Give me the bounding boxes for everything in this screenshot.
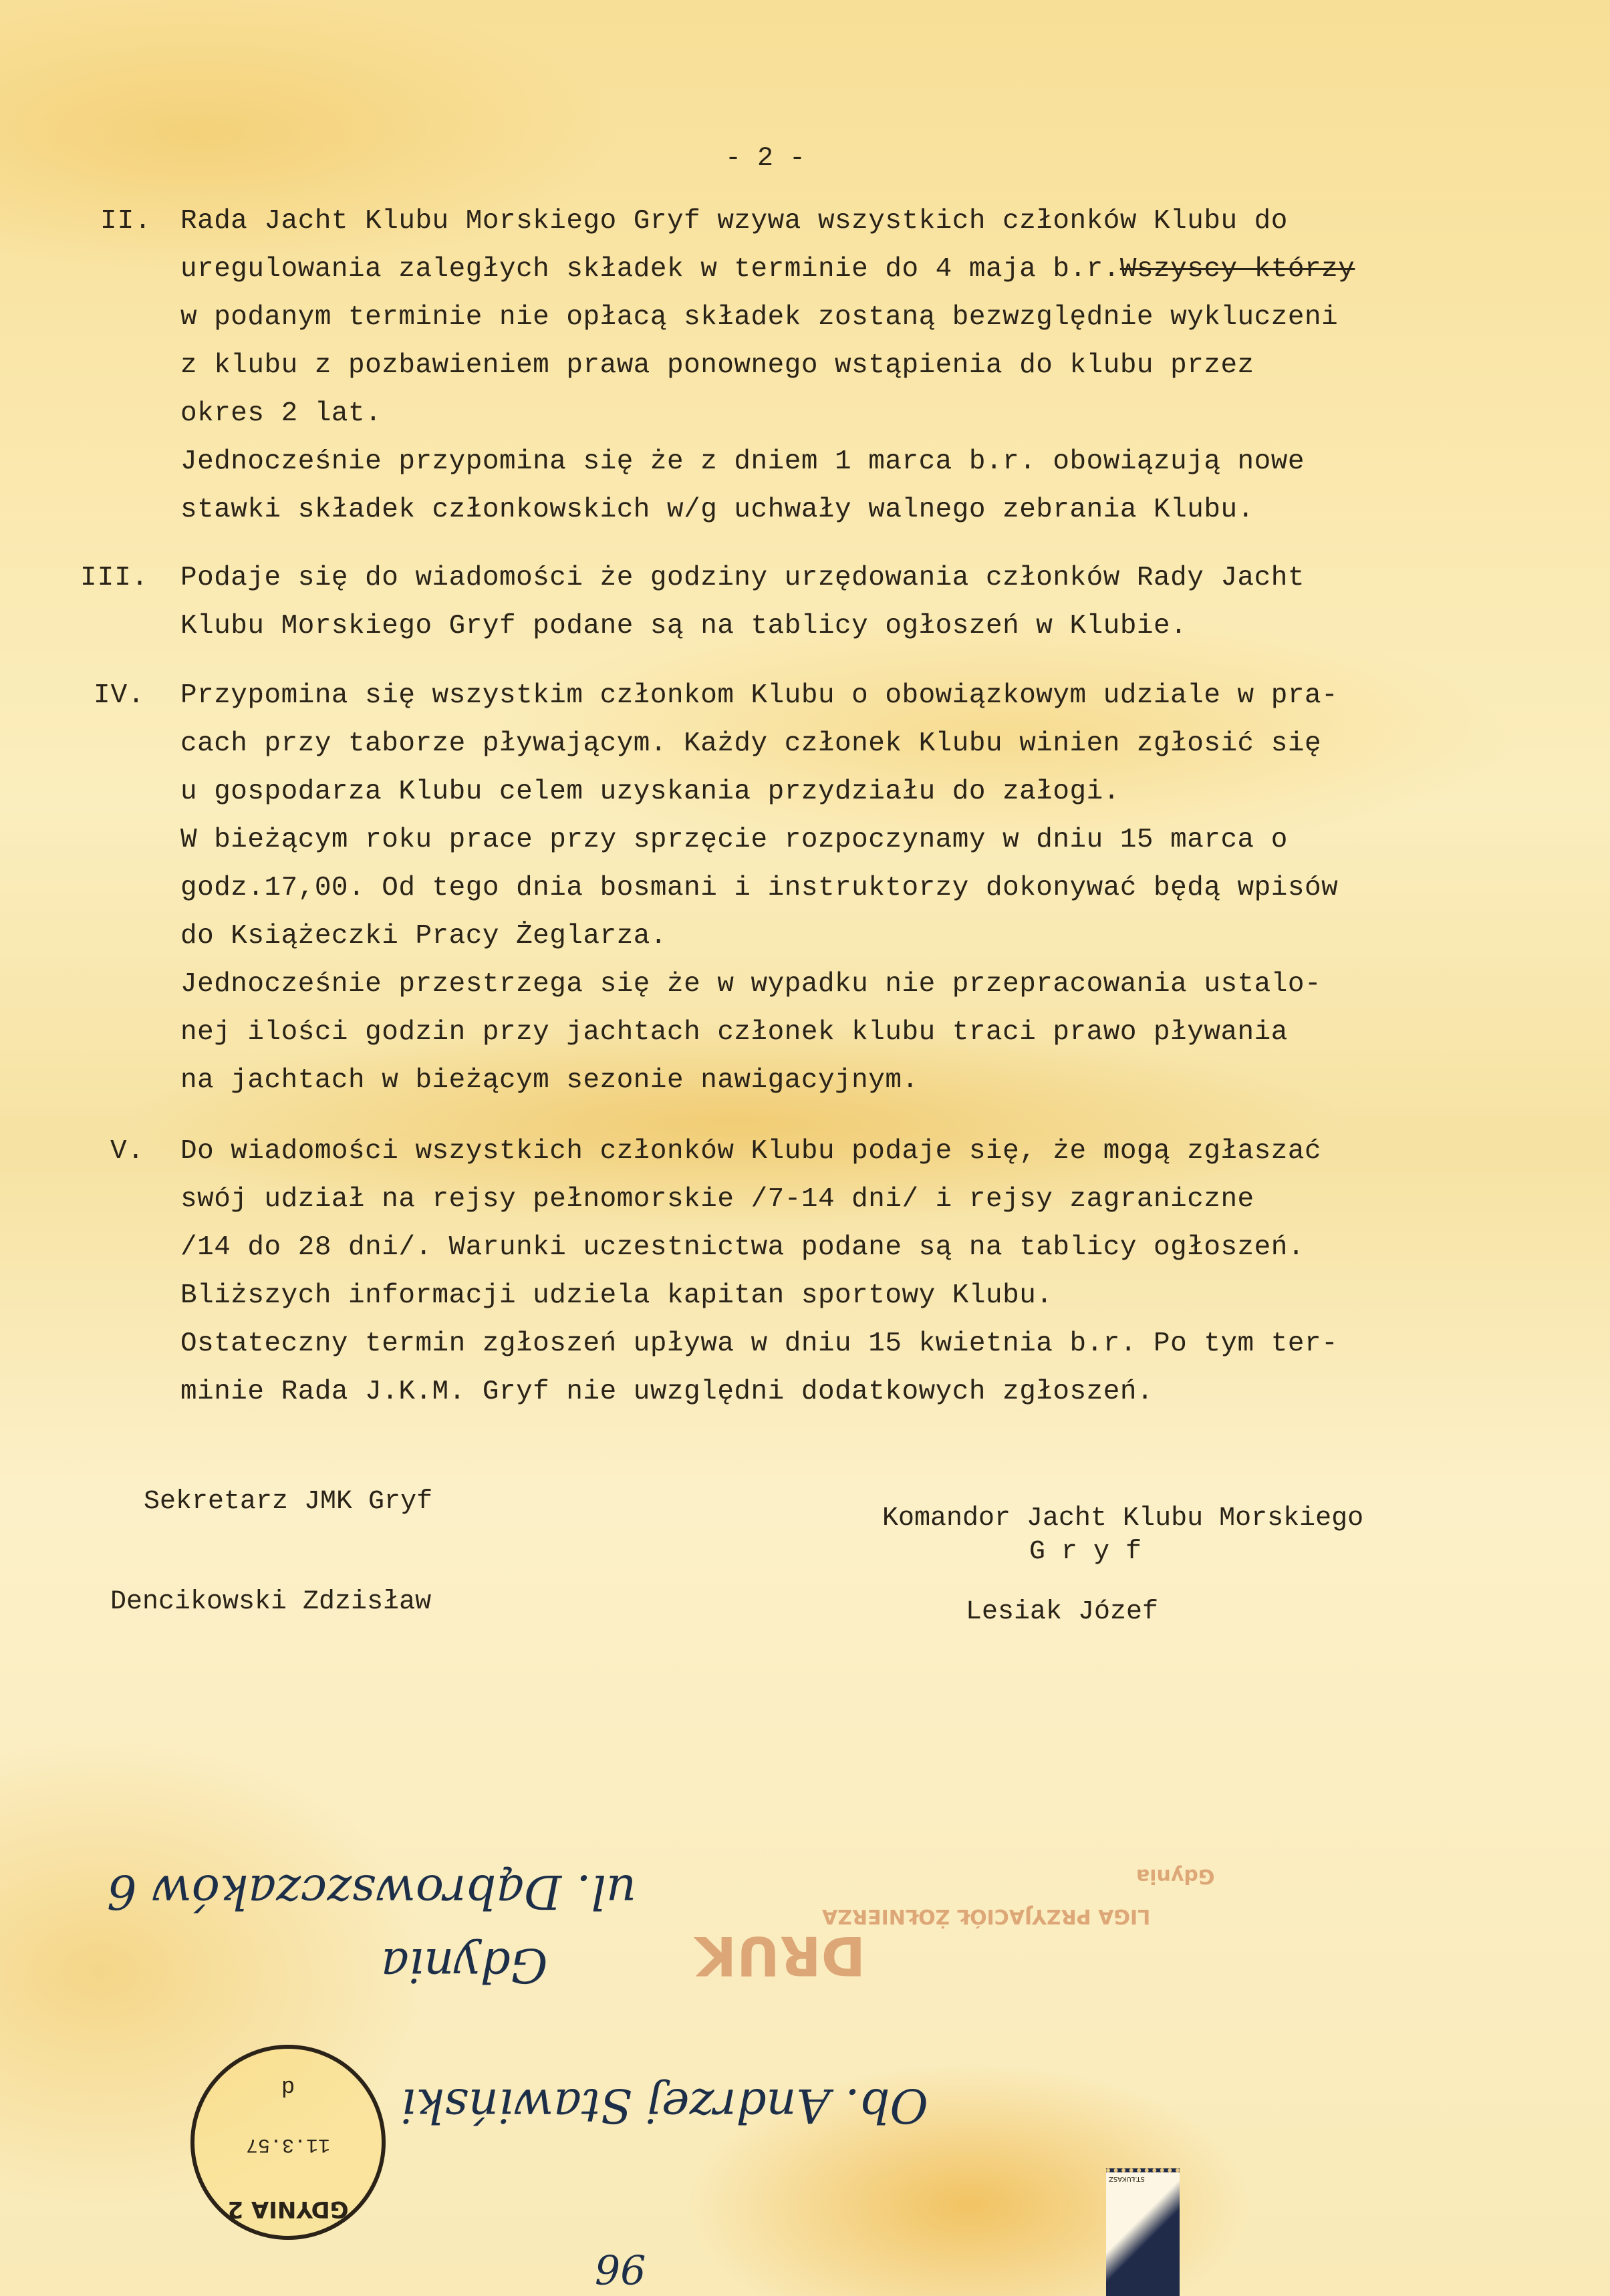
text-line: Jednocześnie przestrzega się że w wypadk… [180,969,1321,1000]
text-line: Rada Jacht Klubu Morskiego Gryf wzywa ws… [180,206,1288,237]
postmark-date: 11.3.57 [194,2133,382,2156]
text-line: uregulowania zaległych składek w termini… [180,254,1355,285]
postmark-city: GDYNIA 2 [194,2196,382,2222]
text-line: Jednocześnie przypomina się że z dniem 1… [180,446,1305,477]
secretary-name: Dencikowski Zdzisław [110,1587,431,1617]
postmark-mark: d [194,2073,382,2099]
text-line: swój udział na rejsy pełnomorskie /7-14 … [180,1184,1254,1215]
text-line: na jachtach w bieżącym sezonie nawigacyj… [180,1065,919,1096]
text-line: minie Rada J.K.M. Gryf nie uwzględni dod… [180,1377,1154,1407]
section-numeral: IV. [94,680,145,711]
text-line: Podaje się do wiadomości że godziny urzę… [180,563,1305,593]
text-fragment: uregulowania zaległych składek w termini… [180,254,1120,285]
text-line: W bieżącym roku prace przy sprzęcie rozp… [180,825,1288,855]
organization-stamp-city: Gdynia [1136,1864,1215,1888]
page-number: - 2 - [725,144,805,174]
text-line: /14 do 28 dni/. Warunki uczestnictwa pod… [180,1232,1305,1263]
text-line: cach przy taborze pływającym. Każdy czło… [180,728,1321,759]
handwritten-recipient: Ob. Andrzej Stawiński [401,2078,928,2133]
struck-text: Wszyscy którzy [1120,254,1355,285]
text-line: Bliższych informacji udziela kapitan spo… [180,1280,1053,1311]
postage-stamp-text: ST.ŁUKASZ [1109,2175,1145,2182]
section-numeral: V. [110,1136,144,1167]
text-line: w podanym terminie nie opłacą składek zo… [180,302,1338,333]
text-line: Przypomina się wszystkim członkom Klubu … [180,680,1338,711]
handwritten-city: Gdynia [381,1938,547,1993]
text-line: z klubu z pozbawieniem prawa ponownego w… [180,350,1254,381]
print-mark-stamp: DRUK [695,1924,865,1987]
text-line: Do wiadomości wszystkich członków Klubu … [180,1136,1321,1167]
handwritten-house-number: 96 [595,2245,646,2292]
text-line: stawki składek członkowskich w/g uchwały… [180,494,1254,525]
postage-stamp: ST.ŁUKASZ [1106,2168,1180,2296]
secretary-title: Sekretarz JMK Gryf [144,1487,432,1517]
text-line: u gospodarza Klubu celem uzyskania przyd… [180,776,1120,807]
postmark: GDYNIA 2 11.3.57 d [190,2045,386,2240]
commodore-subtitle: G r y f [1029,1537,1142,1567]
handwritten-street: ul. Dąbrowszczaków 6 [107,1864,636,1919]
text-line: Ostateczny termin zgłoszeń upływa w dniu… [180,1328,1338,1359]
commodore-name: Lesiak Józef [966,1597,1158,1627]
organization-stamp: LIGA PRZYJACIÓŁ ŻOŁNIERZA [822,1904,1150,1928]
section-numeral: II. [100,206,152,237]
text-line: godz.17,00. Od tego dnia bosmani i instr… [180,873,1338,903]
text-line: do Książeczki Pracy Żeglarza. [180,921,667,952]
text-line: okres 2 lat. [180,398,382,429]
text-line: Klubu Morskiego Gryf podane są na tablic… [180,611,1187,641]
section-numeral: III. [80,563,148,593]
text-line: nej ilości godzin przy jachtach członek … [180,1017,1288,1048]
commodore-title: Komandor Jacht Klubu Morskiego [882,1503,1363,1534]
